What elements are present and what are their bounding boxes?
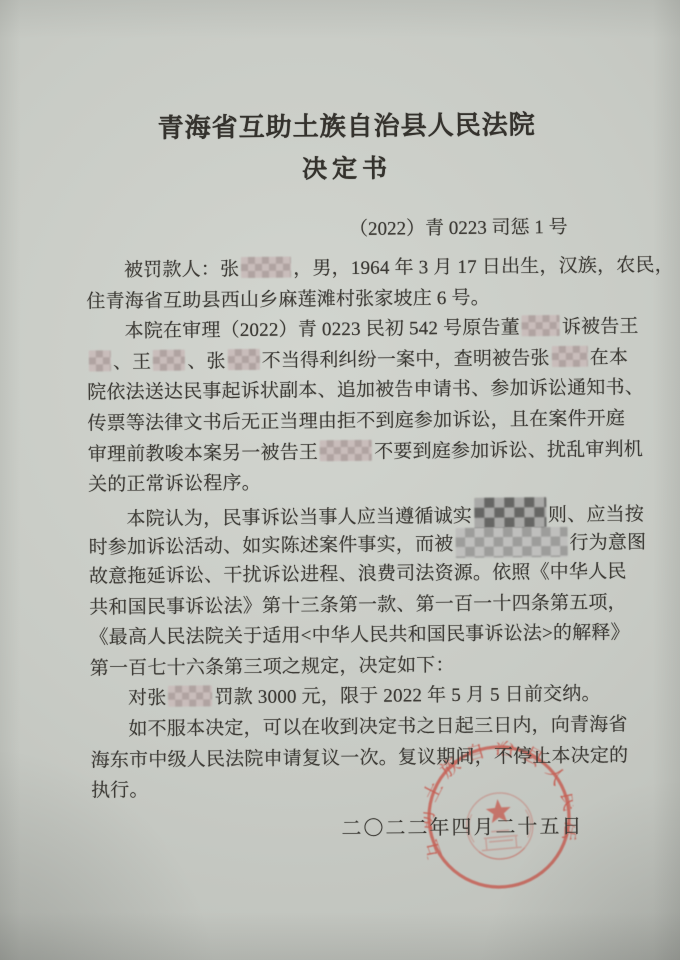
text-run: 则、应当按 <box>548 504 644 526</box>
redaction-mosaic <box>168 686 212 707</box>
document-line: 时参加诉讼活动、如实陈述案件事实，而被行为意图 <box>89 527 613 563</box>
document-line: 审理前教唆本案另一被告王不要到庭参加诉讼、扰乱审判机 <box>88 435 612 471</box>
text-run: 审理前教唆本案另一被告王 <box>88 442 319 465</box>
document-line: 传票等法律文书后无正当理由拒不到庭参加诉讼，且在案件开庭 <box>87 404 611 440</box>
text-run: 、张 <box>187 351 226 372</box>
text-run: 诉被告王 <box>562 316 639 338</box>
redaction-mosaic <box>320 439 372 460</box>
document-line: 执行。 <box>91 772 615 808</box>
text-run: 、王 <box>113 352 152 373</box>
text-run: 第一百七十六条第三项之规定，决定如下： <box>90 655 455 680</box>
case-number: （2022）青 0223 司惩 1 号 <box>86 215 610 244</box>
doc-type-title: 决定书 <box>85 149 609 190</box>
date-line: 二〇二二年四月二十五日 <box>91 811 615 846</box>
text-run: 故意拖延诉讼、干扰诉讼进程、浪费司法资源。依照《中华人民 <box>89 561 627 587</box>
document-line: 被罚款人：张，男，1964 年 3 月 17 日出生，汉族，农民， <box>86 251 610 287</box>
document-sheet: 青海省互助土族自治县人民法院 决定书 （2022）青 0223 司惩 1 号 被… <box>84 106 615 847</box>
redaction-mosaic <box>552 345 588 366</box>
text-run: 被罚款人：张 <box>124 259 239 281</box>
document-line: 对张罚款 3000 元，限于 2022 年 5 月 5 日前交纳。 <box>90 680 614 716</box>
document-line: 共和国民事诉讼法》第十三条第一款、第一百一十四条第五项， <box>89 588 613 624</box>
redaction-mosaic <box>455 527 567 558</box>
text-run: 传票等法律文书后无正当理由拒不到庭参加诉讼，且在案件开庭 <box>87 408 625 434</box>
redaction-mosaic <box>522 315 560 336</box>
text-run: 共和国民事诉讼法》第十三条第一款、第一百一十四条第五项， <box>89 592 627 618</box>
document-photo: 互助土族自治县人民法院 青海省互助土族自治县人民法院 决定书 （2022）青 0… <box>0 0 680 960</box>
document-line: 本院在审理（2022）青 0223 民初 542 号原告董诉被告王 <box>86 313 610 349</box>
document-line: 故意拖延诉讼、干扰诉讼进程、浪费司法资源。依照《中华人民 <box>89 557 613 593</box>
document-line: 本院认为，民事诉讼当事人应当遵循诚实则、应当按 <box>88 496 612 532</box>
document-line: 住青海省互助县西山乡麻莲滩村张家坡庄 6 号。 <box>86 282 610 318</box>
document-line: 海东市中级人民法院申请复议一次。复议期间，不停止本决定的 <box>91 741 615 777</box>
text-run: 院依法送达民事起诉状副本、追加被告申请书、参加诉讼通知书、 <box>87 378 644 404</box>
text-run: 不当得利纠纷一案中，查明被告张 <box>262 348 550 372</box>
document-line: 第一百七十六条第三项之规定，决定如下： <box>90 649 614 685</box>
document-line: 《最高人民法院关于适用<中华人民共和国民事诉讼法>的解释》 <box>89 619 613 655</box>
document-line: 关的正常诉讼程序。 <box>88 466 612 502</box>
document-body: 被罚款人：张，男，1964 年 3 月 17 日出生，汉族，农民，住青海省互助县… <box>86 251 615 807</box>
redaction-mosaic <box>474 497 546 532</box>
redaction-mosaic <box>89 350 111 371</box>
text-run: 《最高人民法院关于适用<中华人民共和国民事诉讼法>的解释》 <box>89 622 629 648</box>
text-run: 行为意图 <box>569 533 646 555</box>
text-run: 海东市中级人民法院申请复议一次。复议期间，不停止本决定的 <box>91 745 629 771</box>
text-run: ，男，1964 年 3 月 17 日出生，汉族，农民， <box>293 255 674 280</box>
text-run: 时参加诉讼活动、如实陈述案件事实，而被 <box>89 534 454 559</box>
redaction-mosaic <box>153 349 185 370</box>
document-line: 院依法送达民事起诉状副本、追加被告申请书、参加诉讼通知书、 <box>87 374 611 410</box>
redaction-mosaic <box>241 257 291 278</box>
text-run: 罚款 3000 元，限于 2022 年 5 月 5 日前交纳。 <box>214 684 600 709</box>
court-name: 青海省互助土族自治县人民法院 <box>84 106 608 149</box>
text-run: 关的正常诉讼程序。 <box>88 473 261 496</box>
document-line: 如不服本决定，可以在收到决定书之日起三日内，向青海省 <box>90 710 614 746</box>
text-run: 如不服本决定，可以在收到决定书之日起三日内，向青海省 <box>128 714 627 740</box>
text-run: 不要到庭参加诉讼、扰乱审判机 <box>374 439 643 463</box>
redaction-mosaic <box>228 349 260 370</box>
text-run: 执行。 <box>91 780 149 802</box>
text-run: 住青海省互助县西山乡麻莲滩村张家坡庄 6 号。 <box>86 287 490 312</box>
text-run: 本院认为，民事诉讼当事人应当遵循诚实 <box>126 506 472 530</box>
text-run: 在本 <box>590 347 629 368</box>
text-run: 本院在审理（2022）青 0223 民初 542 号原告董 <box>125 318 520 343</box>
document-line: 、王、张不当得利纠纷一案中，查明被告张在本 <box>87 343 611 379</box>
text-run: 对张 <box>128 688 167 709</box>
